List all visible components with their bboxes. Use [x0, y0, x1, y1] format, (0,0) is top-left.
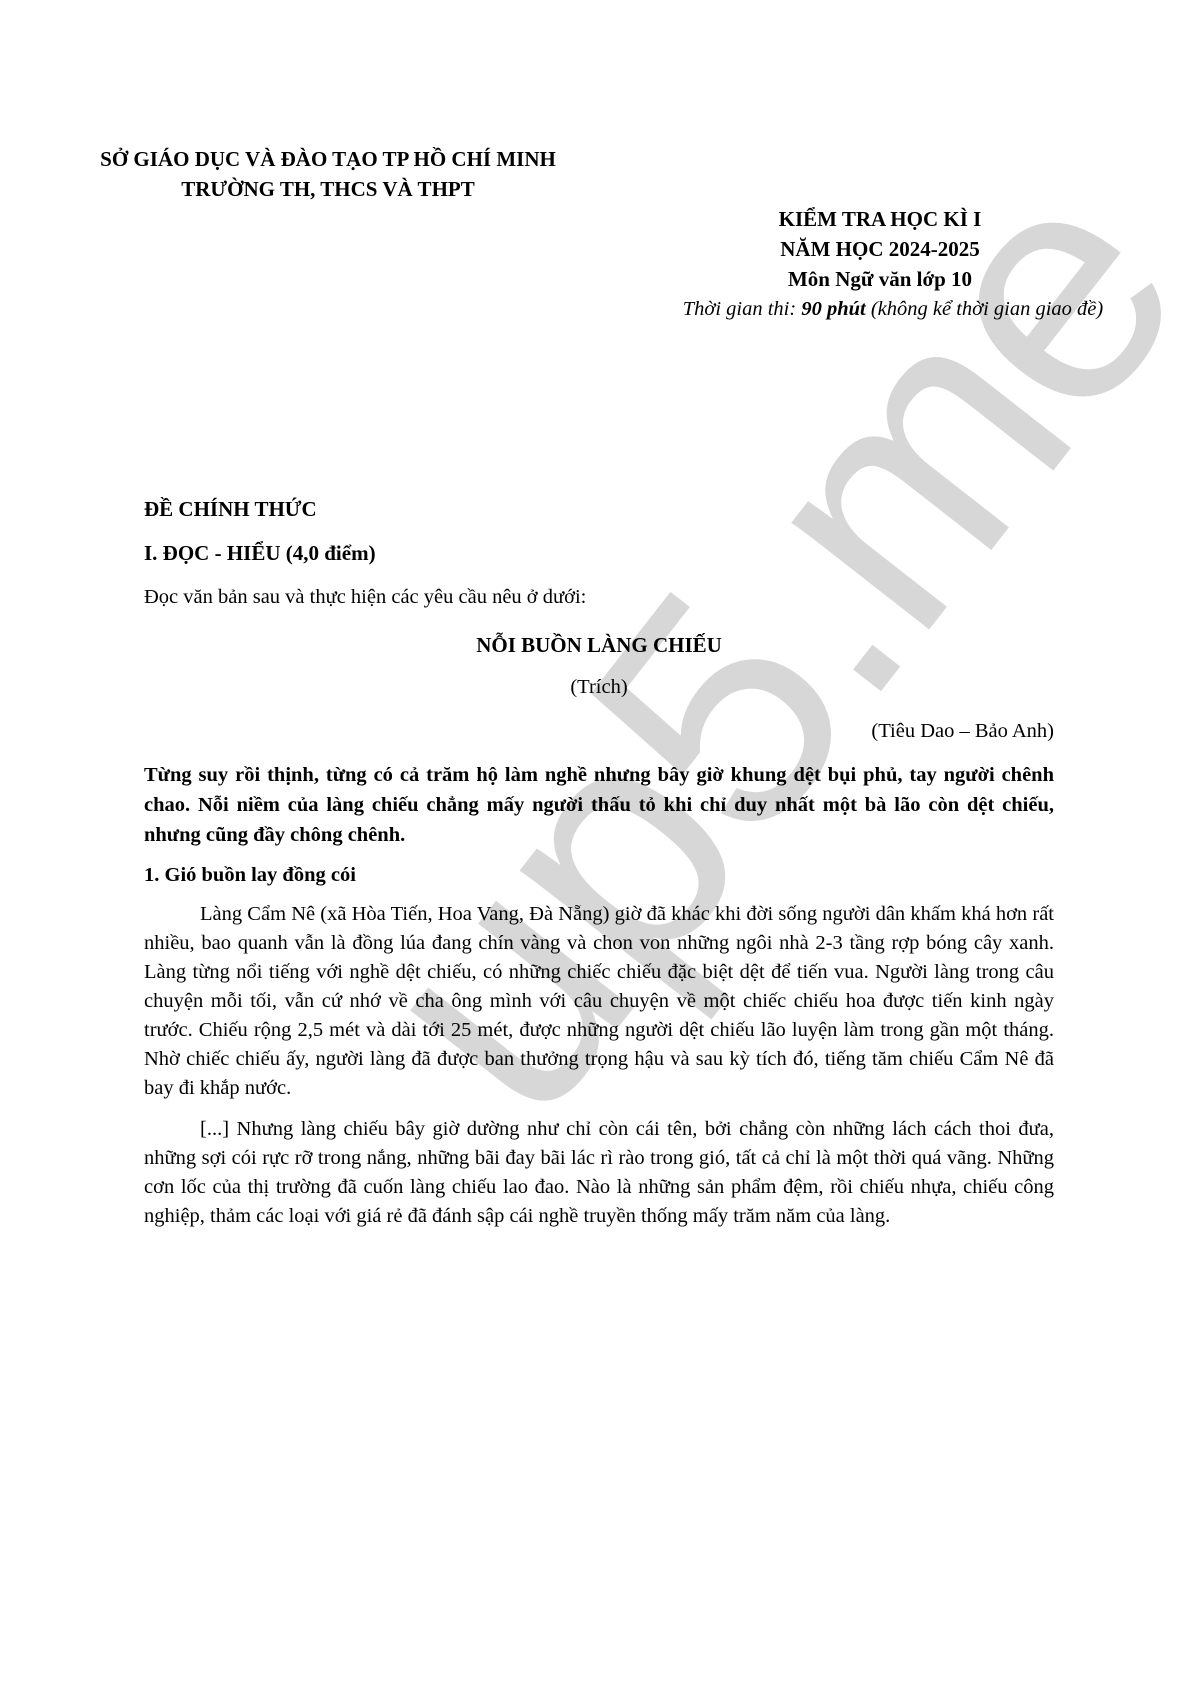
excerpt-note: (Trích)	[144, 672, 1054, 702]
section-title: I. ĐỌC - HIỂU (4,0 điểm)	[144, 538, 1054, 568]
reading-author: (Tiêu Dao – Bảo Anh)	[144, 716, 1054, 746]
header-right: KIỂM TRA HỌC KÌ I NĂM HỌC 2024-2025 Môn …	[620, 204, 1140, 324]
header-left: SỞ GIÁO DỤC VÀ ĐÀO TẠO TP HỒ CHÍ MINH TR…	[58, 144, 598, 204]
duration-suffix: (không kể thời gian giao đề)	[866, 298, 1104, 320]
subject: Môn Ngữ văn lớp 10	[620, 264, 1140, 294]
reading-lead: Từng suy rồi thịnh, từng có cả trăm hộ l…	[144, 760, 1054, 850]
department-name: SỞ GIÁO DỤC VÀ ĐÀO TẠO TP HỒ CHÍ MINH	[58, 144, 598, 174]
official-label: ĐỀ CHÍNH THỨC	[144, 494, 1054, 524]
paragraph: [...] Nhưng làng chiếu bây giờ dường như…	[144, 1115, 1054, 1231]
reading-subheading: 1. Gió buồn lay đồng cói	[144, 860, 1054, 890]
exam-content: ĐỀ CHÍNH THỨC I. ĐỌC - HIỂU (4,0 điểm) Đ…	[144, 494, 1054, 1231]
duration-prefix: Thời gian thi:	[683, 298, 802, 320]
instruction: Đọc văn bản sau và thực hiện các yêu cầu…	[144, 582, 1054, 612]
paragraph: Làng Cẩm Nê (xã Hòa Tiến, Hoa Vang, Đà N…	[144, 900, 1054, 1103]
exam-page: up5.me SỞ GIÁO DỤC VÀ ĐÀO TẠO TP HỒ CHÍ …	[0, 0, 1190, 1683]
exam-duration: Thời gian thi: 90 phút (không kể thời gi…	[646, 294, 1140, 324]
reading-title: NỖI BUỒN LÀNG CHIẾU	[144, 630, 1054, 660]
exam-title: KIỂM TRA HỌC KÌ I	[620, 204, 1140, 234]
duration-value: 90 phút	[801, 298, 865, 320]
school-name: TRƯỜNG TH, THCS VÀ THPT	[58, 174, 598, 204]
school-year: NĂM HỌC 2024-2025	[620, 234, 1140, 264]
